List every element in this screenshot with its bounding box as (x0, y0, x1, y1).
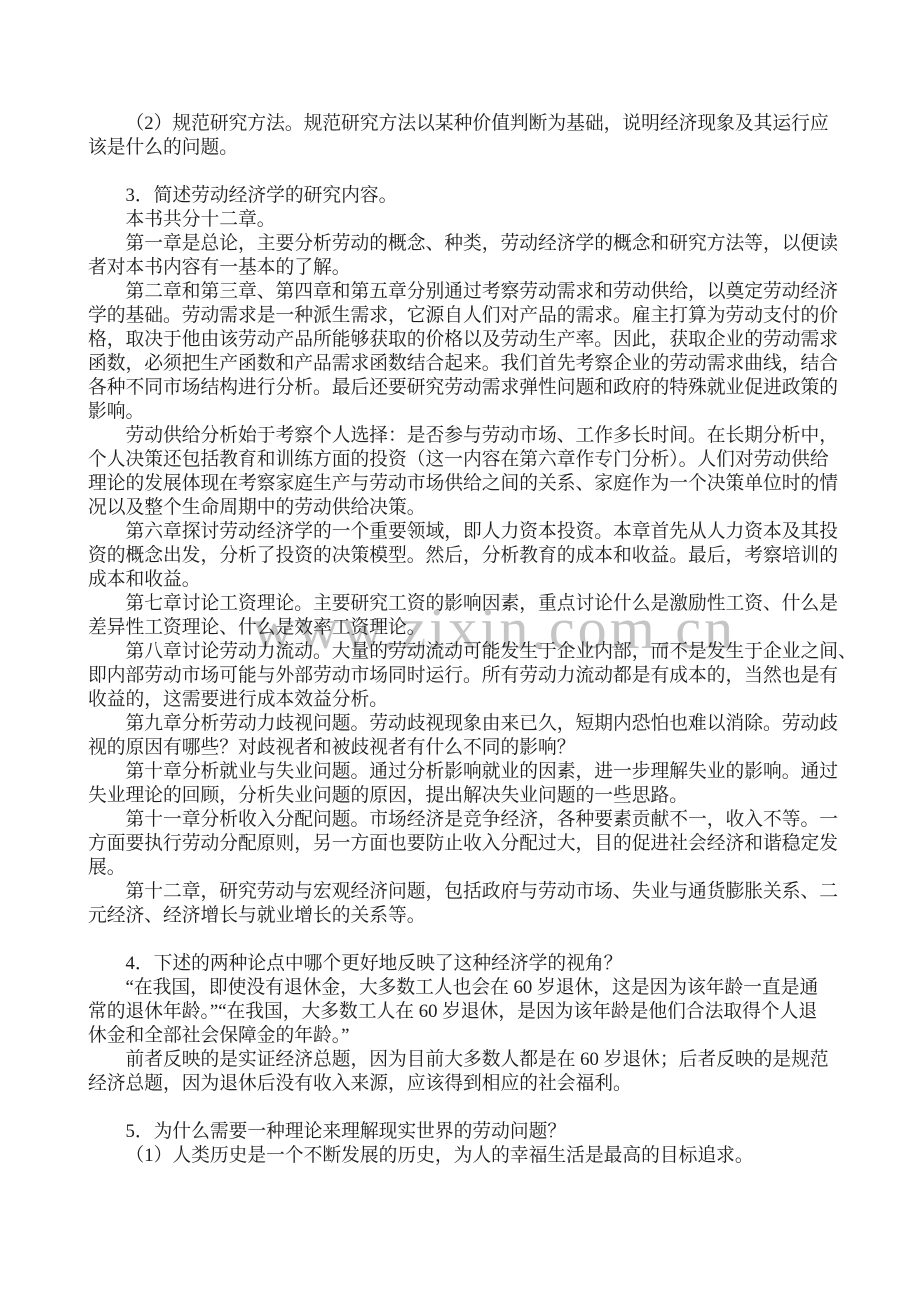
text-line: 展。 (88, 856, 838, 880)
text-line: 格，取决于他由该劳动产品所能够获取的价格以及劳动生产率。因此，获取企业的劳动需求 (88, 328, 838, 352)
text-line: 第二章和第三章、第四章和第五章分别通过考察劳动需求和劳动供给，以奠定劳动经济 (88, 280, 838, 304)
text-line: 收益的，这需要进行成本效益分析。 (88, 688, 838, 712)
document-body: （2）规范研究方法。规范研究方法以某种价值判断为基础，说明经济现象及其运行应该是… (88, 112, 838, 1168)
text-line: 视的原因有哪些？对歧视者和被歧视者有什么不同的影响？ (88, 736, 838, 760)
text-line: 前者反映的是实证经济总题，因为目前大多数人都是在 60 岁退休；后者反映的是规范 (88, 1048, 838, 1072)
text-line: 即内部劳动市场可能与外部劳动市场同时运行。所有劳动力流动都是有成本的，当然也是有 (88, 664, 838, 688)
text-line: 各种不同市场结构进行分析。最后还要研究劳动需求弹性问题和政府的特殊就业促进政策的 (88, 376, 838, 400)
text-line: 函数，必须把生产函数和产品需求函数结合起来。我们首先考察企业的劳动需求曲线，结合 (88, 352, 838, 376)
text-line: 第十章分析就业与失业问题。通过分析影响就业的因素，进一步理解失业的影响。通过 (88, 760, 838, 784)
text-line: 该是什么的问题。 (88, 136, 838, 160)
text-line: 第十一章分析收入分配问题。市场经济是竞争经济，各种要素贡献不一，收入不等。一 (88, 808, 838, 832)
text-line: 本书共分十二章。 (88, 208, 838, 232)
text-line: 失业理论的回顾，分析失业问题的原因，提出解决失业问题的一些思路。 (88, 784, 838, 808)
blank-line (88, 928, 838, 952)
text-line: “在我国，即使没有退休金，大多数工人也会在 60 岁退休，这是因为该年龄一直是通 (88, 976, 838, 1000)
text-line: 第七章讨论工资理论。主要研究工资的影响因素，重点讨论什么是激励性工资、什么是 (88, 592, 838, 616)
blank-line (88, 1096, 838, 1120)
text-line: 者对本书内容有一基本的了解。 (88, 256, 838, 280)
text-line: 元经济、经济增长与就业增长的关系等。 (88, 904, 838, 928)
text-line: 资的概念出发，分析了投资的决策模型。然后，分析教育的成本和收益。最后，考察培训的 (88, 544, 838, 568)
text-line: 况以及整个生命周期中的劳动供给决策。 (88, 496, 838, 520)
text-line: 第六章探讨劳动经济学的一个重要领域，即人力资本投资。本章首先从人力资本及其投 (88, 520, 838, 544)
text-line: 4．下述的两种论点中哪个更好地反映了这种经济学的视角？ (88, 952, 838, 976)
text-line: 差异性工资理论、什么是效率工资理论。 (88, 616, 838, 640)
text-line: 第八章讨论劳动力流动。大量的劳动流动可能发生于企业内部，而不是发生于企业之间、 (88, 640, 838, 664)
text-line: 常的退休年龄。”“在我国，大多数工人在 60 岁退休，是因为该年龄是他们合法取得… (88, 1000, 838, 1024)
text-line: 影响。 (88, 400, 838, 424)
text-line: 方面要执行劳动分配原则，另一方面也要防止收入分配过大，目的促进社会经济和谐稳定发 (88, 832, 838, 856)
text-line: 劳动供给分析始于考察个人选择：是否参与劳动市场、工作多长时间。在长期分析中， (88, 424, 838, 448)
text-line: 理论的发展体现在考察家庭生产与劳动市场供给之间的关系、家庭作为一个决策单位时的情 (88, 472, 838, 496)
text-line: 3．简述劳动经济学的研究内容。 (88, 184, 838, 208)
text-line: 第一章是总论，主要分析劳动的概念、种类，劳动经济学的概念和研究方法等，以便读 (88, 232, 838, 256)
text-line: 5．为什么需要一种理论来理解现实世界的劳动问题？ (88, 1120, 838, 1144)
text-line: 经济总题，因为退休后没有收入来源，应该得到相应的社会福利。 (88, 1072, 838, 1096)
text-line: （1）人类历史是一个不断发展的历史，为人的幸福生活是最高的目标追求。 (88, 1144, 838, 1168)
text-line: 休金和全部社会保障金的年龄。” (88, 1024, 838, 1048)
text-line: 学的基础。劳动需求是一种派生需求，它源自人们对产品的需求。雇主打算为劳动支付的价 (88, 304, 838, 328)
blank-line (88, 160, 838, 184)
text-line: 第十二章，研究劳动与宏观经济问题，包括政府与劳动市场、失业与通货膨胀关系、二 (88, 880, 838, 904)
text-line: （2）规范研究方法。规范研究方法以某种价值判断为基础，说明经济现象及其运行应 (88, 112, 838, 136)
text-line: 成本和收益。 (88, 568, 838, 592)
text-line: 第九章分析劳动力歧视问题。劳动歧视现象由来已久，短期内恐怕也难以消除。劳动歧 (88, 712, 838, 736)
text-line: 个人决策还包括教育和训练方面的投资（这一内容在第六章作专门分析）。人们对劳动供给 (88, 448, 838, 472)
